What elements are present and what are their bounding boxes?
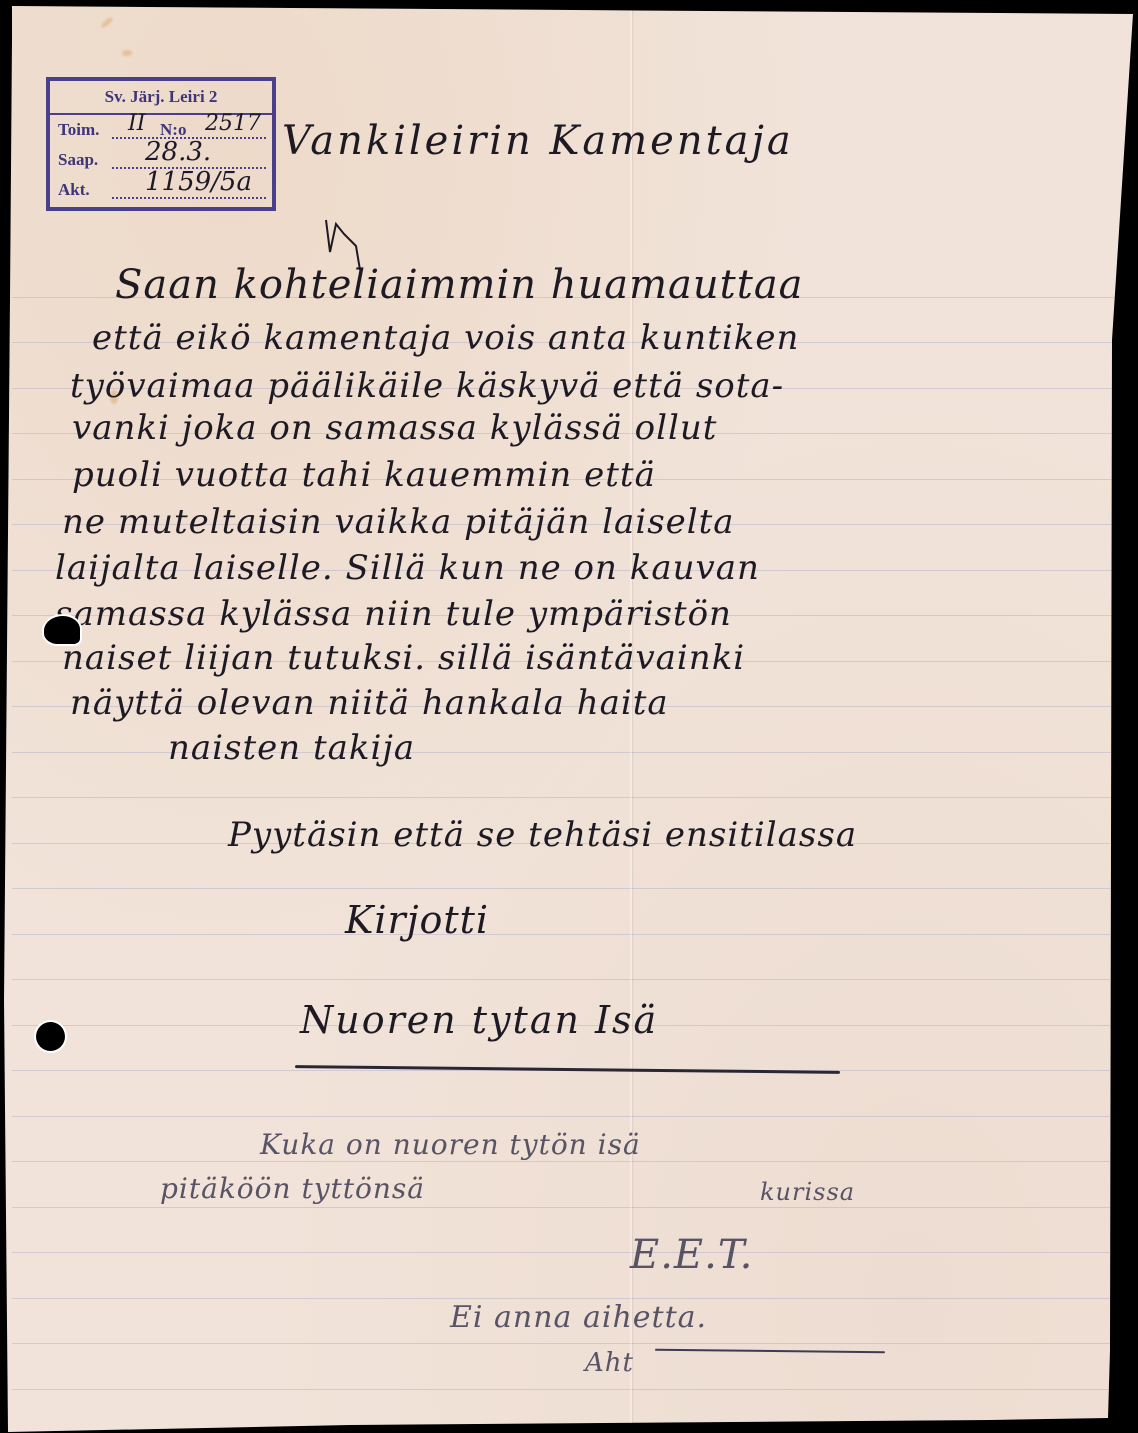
annotation-pencil-line-1: Kuka on nuoren tytön isä <box>260 1128 641 1161</box>
ruled-line <box>12 934 1118 935</box>
stamp-akt-value: 1159/5a <box>145 167 252 197</box>
stamp-no-value: 2517 <box>205 109 261 139</box>
final-note-underline <box>655 1349 885 1353</box>
annotation-final-note: Ei anna aihetta. <box>450 1300 707 1335</box>
annotation-pencil-line-2: pitäköön tyttönsä <box>160 1172 425 1205</box>
letter-body-line: näyttä olevan niitä hankala haita <box>70 683 669 723</box>
letter-body-line: että eikö kamentaja vois anta kuntiken <box>92 318 799 358</box>
letter-body-line: vanki joka on samassa kylässä ollut <box>72 408 717 448</box>
ruled-line <box>12 1207 1118 1208</box>
letter-body-line: naiset liijan tutuksi. sillä isäntävaink… <box>62 638 745 678</box>
letter-body-line: samassa kylässa niin tule ympäristön <box>55 594 732 634</box>
letter-paper: Sv. Järj. Leiri 2 Toim. II N:o 2517 Saap… <box>0 0 1138 1433</box>
ruled-line <box>12 1343 1118 1344</box>
letter-salutation: Vankileirin Kamentaja <box>282 118 794 164</box>
stamp-akt-label: Akt. <box>58 180 90 199</box>
ruled-line <box>12 1116 1118 1117</box>
ruled-line <box>12 1161 1118 1162</box>
stamp-toim-label: Toim. <box>58 120 99 139</box>
letter-request: Pyytäsin että se tehtäsi ensitilassa <box>228 815 857 855</box>
annotation-initials: E.E.T. <box>630 1232 753 1278</box>
letter-body-line: laijalta laiselle. Sillä kun ne on kauva… <box>55 548 760 588</box>
annotation-final-initials: Aht <box>585 1348 634 1378</box>
letter-body-line: ne muteltaisin vaikka pitäjän laiselta <box>62 502 735 542</box>
stamp-saap-value: 28.3. <box>145 137 211 167</box>
stamp-dotted-line <box>112 197 266 199</box>
letter-body-line: Saan kohteliaimmin huamauttaa <box>115 262 804 308</box>
ruled-line <box>12 1252 1118 1253</box>
punch-hole <box>36 1022 65 1051</box>
rust-stain <box>100 16 114 29</box>
letter-signature: Nuoren tytan Isä <box>300 998 658 1042</box>
letter-body-line: työvaimaa päälikäile käskyvä että sota- <box>70 366 784 406</box>
ruled-line <box>12 797 1118 798</box>
ruled-line <box>12 888 1118 889</box>
registry-stamp: Sv. Järj. Leiri 2 Toim. II N:o 2517 Saap… <box>46 77 276 211</box>
punch-hole <box>44 616 80 644</box>
ruled-line <box>12 979 1118 980</box>
stamp-row-akt: Akt. 1159/5a <box>50 175 272 205</box>
ruled-line <box>12 1298 1118 1299</box>
rust-stain <box>122 50 132 56</box>
stamp-saap-label: Saap. <box>58 150 98 169</box>
stamp-toim-value: II <box>128 109 145 139</box>
ruled-line <box>12 1389 1118 1390</box>
letter-body-line: puoli vuotta tahi kauemmin että <box>72 455 656 495</box>
letter-signed-label: Kirjotti <box>345 898 489 942</box>
letter-body-line: naisten takija <box>168 728 415 768</box>
annotation-pencil-side: kurissa <box>760 1178 855 1206</box>
